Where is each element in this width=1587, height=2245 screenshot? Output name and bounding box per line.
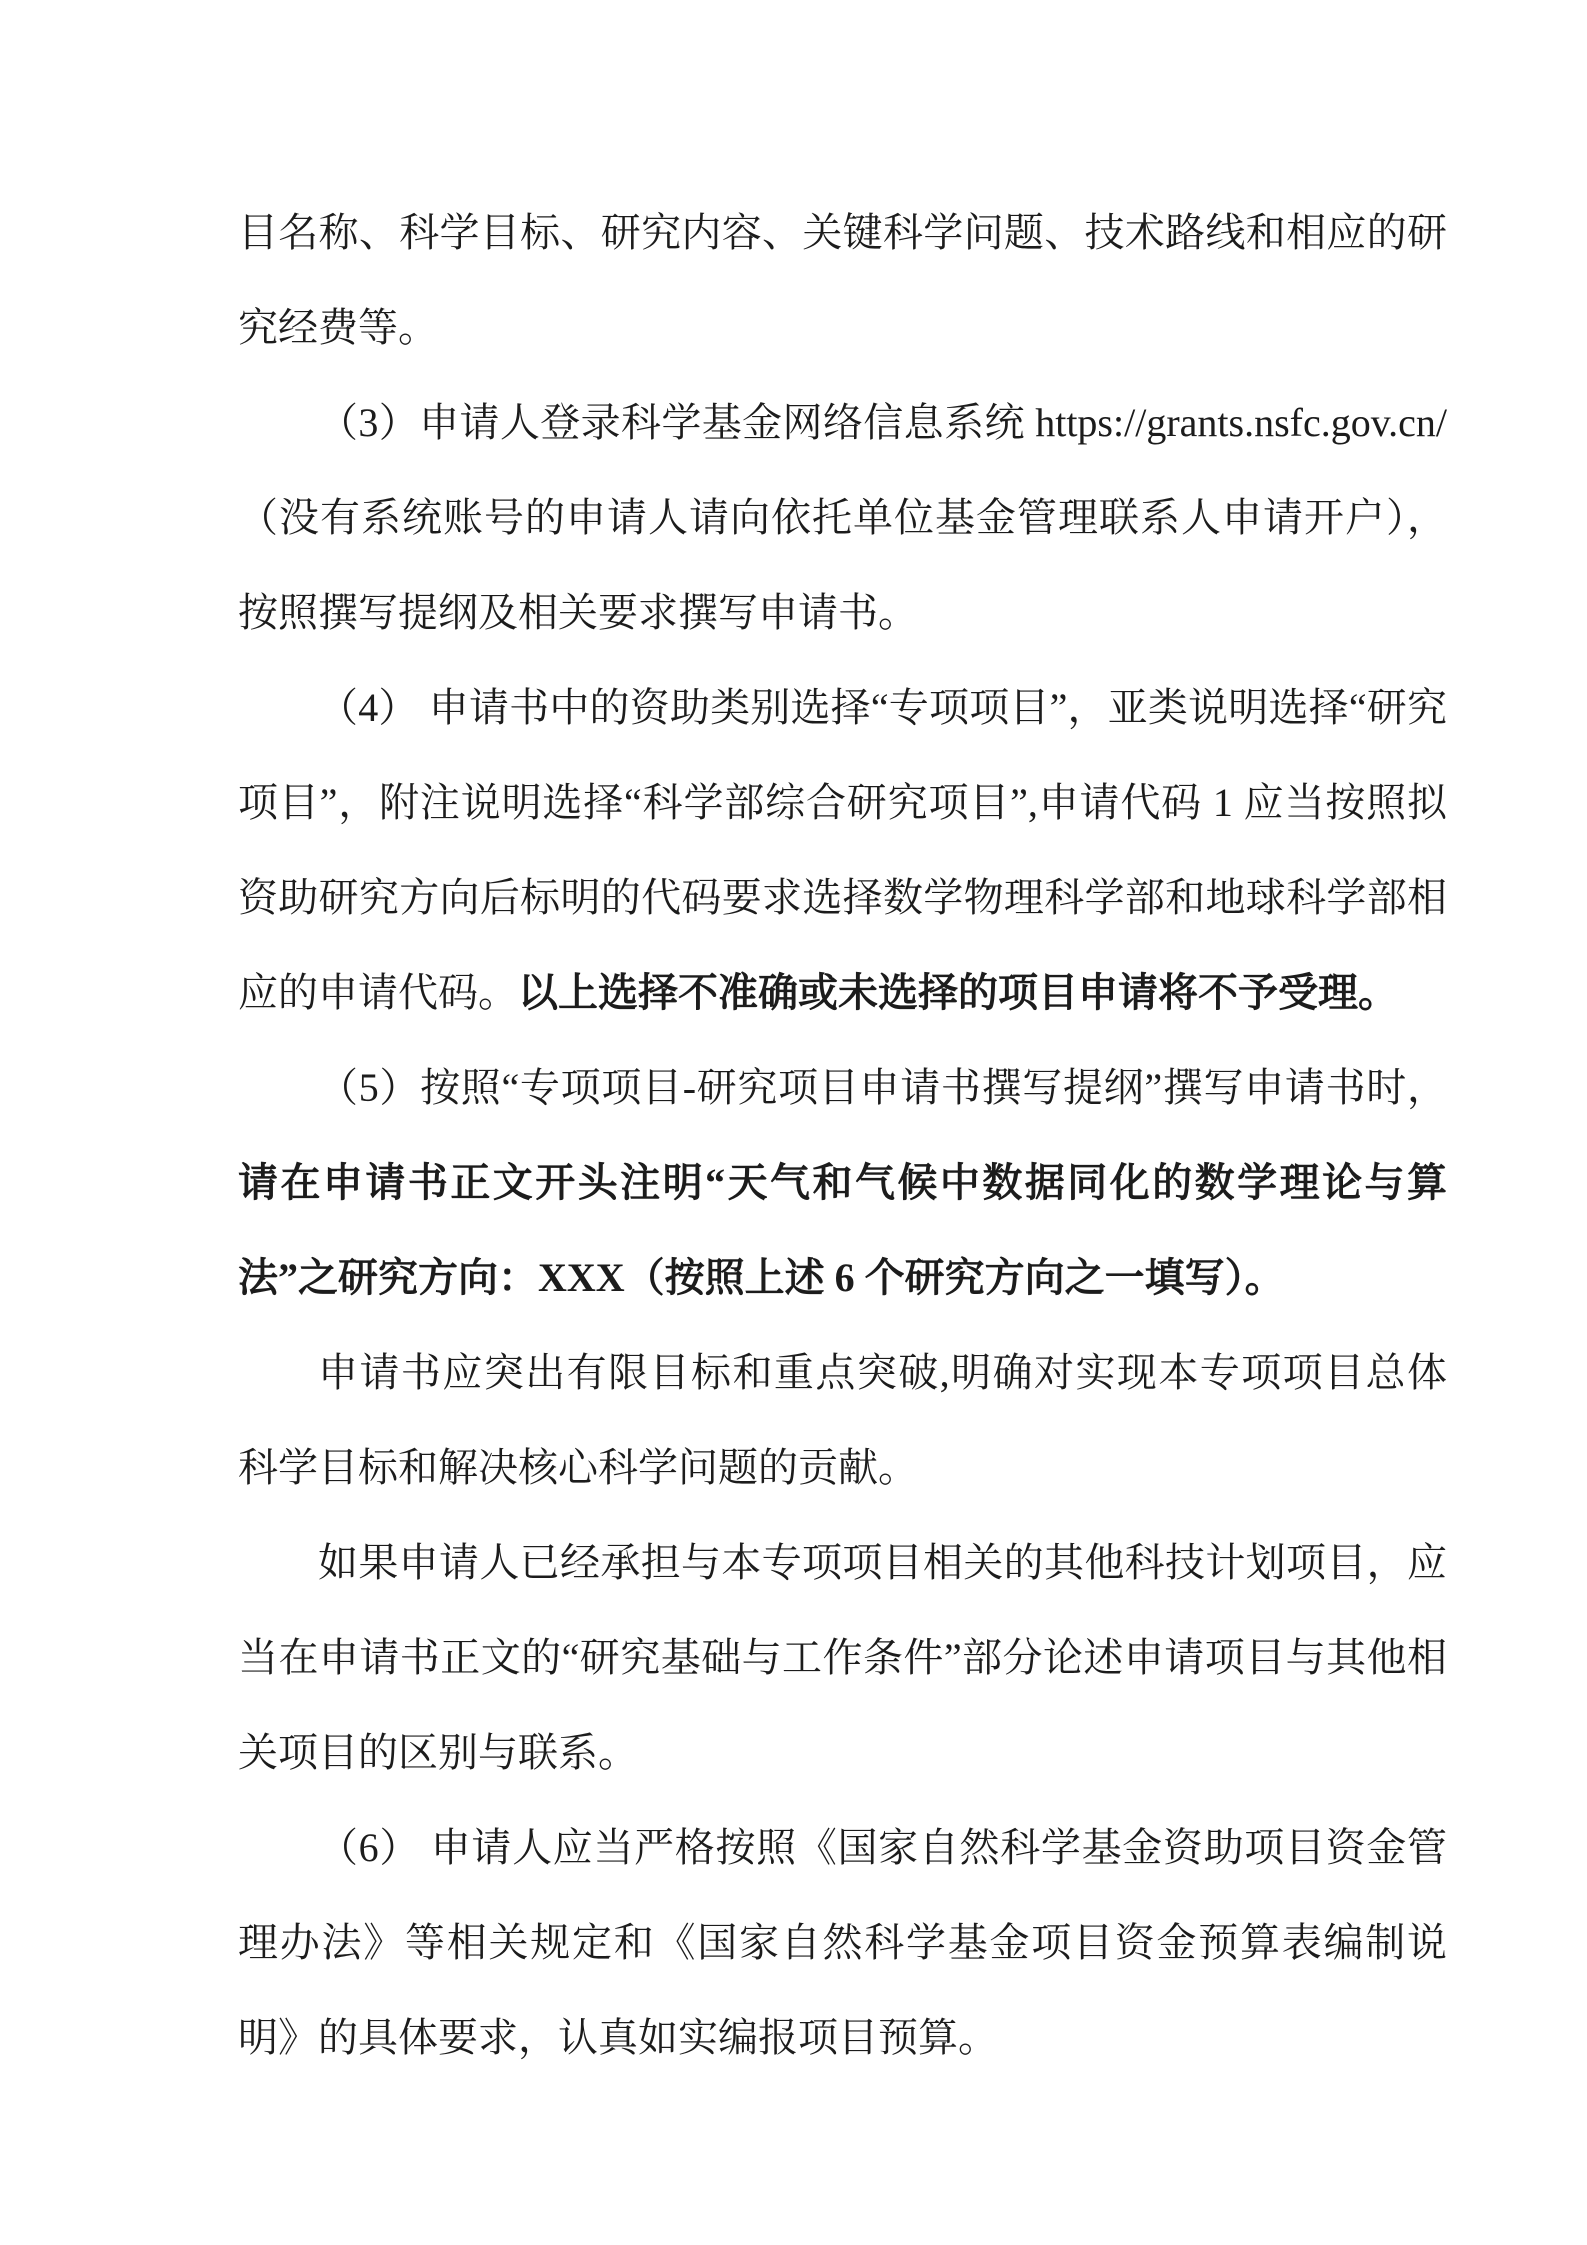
- document-page: 目名称、科学目标、研究内容、关键科学问题、技术路线和相应的研究经费等。 （3）申…: [0, 0, 1587, 2245]
- paragraph-item-6: （6） 申请人应当严格按照《国家自然科学基金资助项目资金管理办法》等相关规定和《…: [238, 1800, 1447, 2085]
- paragraph-item-5: （5）按照“专项项目-研究项目申请书撰写提纲”撰写申请书时，请在申请书正文开头注…: [238, 1040, 1447, 1325]
- text-run: 如果申请人已经承担与本专项项目相关的其他科技计划项目，应当在申请书正文的“研究基…: [238, 1540, 1447, 1775]
- text-run-bold: 以上选择不准确或未选择的项目申请将不予受理。: [518, 970, 1398, 1015]
- text-run: （5）按照“专项项目-研究项目申请书撰写提纲”撰写申请书时，: [318, 1065, 1447, 1110]
- text-run: （4） 申请书中的资助类别选择“专项项目”，亚类说明选择“研究项目”，附注说明选…: [238, 685, 1447, 1015]
- text-run: （3）申请人登录科学基金网络信息系统 https://grants.nsfc.g…: [238, 400, 1447, 635]
- text-run: 目名称、科学目标、研究内容、关键科学问题、技术路线和相应的研究经费等。: [238, 210, 1447, 350]
- text-run: 申请书应突出有限目标和重点突破,明确对实现本专项项目总体科学目标和解决核心科学问…: [238, 1350, 1447, 1490]
- text-run-bold: 请在申请书正文开头注明“天气和气候中数据同化的数学理论与算法”之研究方向：XXX…: [238, 1160, 1447, 1300]
- paragraph-body: 如果申请人已经承担与本专项项目相关的其他科技计划项目，应当在申请书正文的“研究基…: [238, 1515, 1447, 1800]
- text-run: （6） 申请人应当严格按照《国家自然科学基金资助项目资金管理办法》等相关规定和《…: [238, 1825, 1447, 2060]
- paragraph-item-3: （3）申请人登录科学基金网络信息系统 https://grants.nsfc.g…: [238, 375, 1447, 660]
- paragraph-continuation: 目名称、科学目标、研究内容、关键科学问题、技术路线和相应的研究经费等。: [238, 185, 1447, 375]
- paragraph-item-4: （4） 申请书中的资助类别选择“专项项目”，亚类说明选择“研究项目”，附注说明选…: [238, 660, 1447, 1040]
- paragraph-body: 申请书应突出有限目标和重点突破,明确对实现本专项项目总体科学目标和解决核心科学问…: [238, 1325, 1447, 1515]
